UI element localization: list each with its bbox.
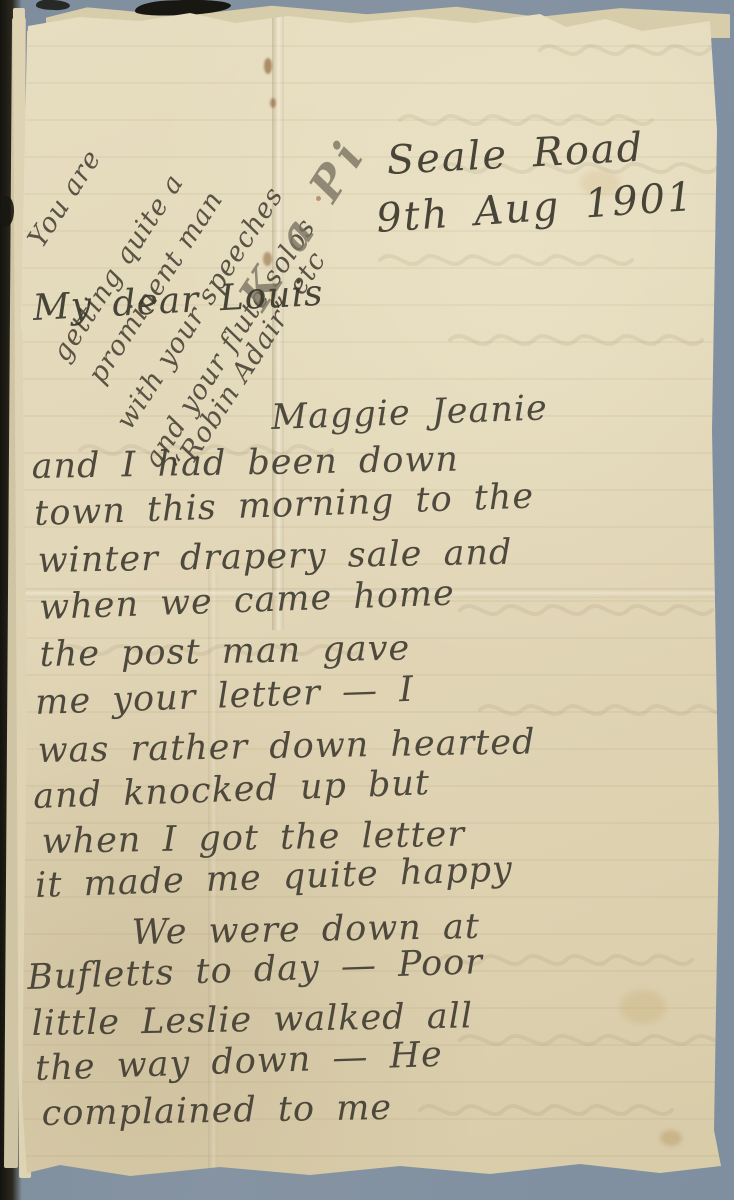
torn-edge-fragment bbox=[36, 0, 70, 11]
age-stain bbox=[620, 990, 666, 1024]
rust-stain bbox=[270, 98, 276, 108]
body-line: complained to me bbox=[41, 1088, 392, 1134]
letter-scan: You are getting quite a prominent man wi… bbox=[0, 0, 734, 1200]
rust-stain bbox=[264, 58, 272, 74]
letter-page: You are getting quite a prominent man wi… bbox=[20, 10, 726, 1190]
torn-edge-fragment bbox=[0, 196, 14, 226]
age-stain bbox=[660, 1130, 682, 1146]
body-line: the post man gave bbox=[39, 629, 410, 675]
body-line: and I had been down bbox=[31, 440, 459, 487]
